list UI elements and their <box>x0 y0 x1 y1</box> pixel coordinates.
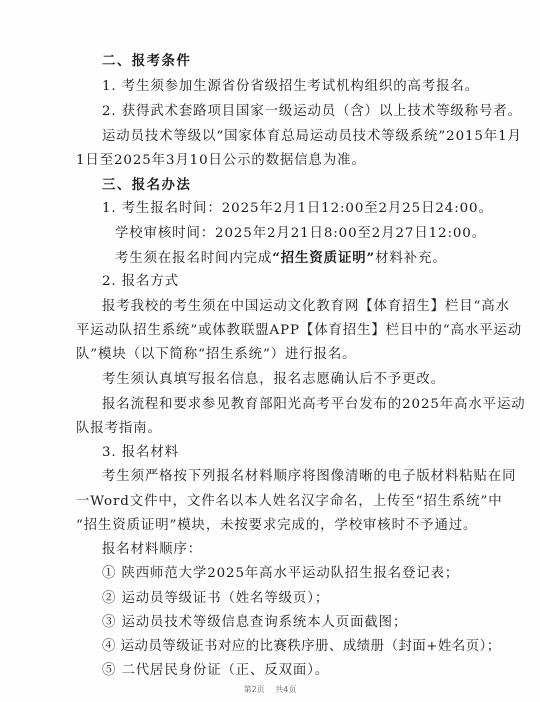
paragraph-line: 平运动队招生系统”或体教联盟APP【体育招生】栏目中的“高水平运动 <box>76 322 468 340</box>
paragraph-line: 队报考指南。 <box>76 420 468 438</box>
qualification-note: 考生须在报名时间内完成“招生资质证明”材料补充。 <box>115 249 447 268</box>
material-item-4: ④ 运动员等级证书对应的比赛秩序册、成绩册（封面+姓名页）； <box>102 638 468 656</box>
paragraph-line: 报名流程和要求参见教育部阳光高考平台发布的2025年高水平运动 <box>102 396 468 414</box>
paragraph-line: 报考我校的考生须在中国运动文化教育网【体育招生】栏目“高水 <box>102 298 468 316</box>
subheading-materials: 3. 报名材料 <box>102 444 468 462</box>
section-heading-registration: 三、报名办法 <box>102 176 468 194</box>
paragraph-line: 队”模块（以下简称“招生系统”）进行报名。 <box>76 346 468 364</box>
material-item-3: ③ 运动员技术等级信息查询系统本人页面截图； <box>102 614 468 632</box>
material-item-5: ⑤ 二代居民身份证（正、反双面）。 <box>102 662 468 680</box>
registration-time: 1. 考生报名时间：2025年2月1日12:00至2月25日24:00。 <box>102 200 468 218</box>
paragraph-line: 运动员技术等级以“国家体育总局运动员技术等级系统”2015年1月 <box>102 128 468 146</box>
qualification-proof-emphasis: “招生资质证明” <box>272 250 375 266</box>
paragraph-line: 1日至2025年3月10日公示的数据信息为准。 <box>76 152 468 170</box>
section-heading-requirements: 二、报考条件 <box>102 52 468 70</box>
material-item-2: ② 运动员等级证书（姓名等级页）； <box>102 590 468 608</box>
material-item-1: ① 陕西师范大学2025年高水平运动队招生报名登记表； <box>102 565 468 583</box>
subheading-method: 2. 报名方式 <box>102 273 468 291</box>
paragraph-line: 考生须严格按下列报名材料顺序将图像清晰的电子版材料粘贴在同 <box>102 468 468 486</box>
paragraph-line: “招生资质证明”模块，未按要求完成的，学校审核时不予通过。 <box>76 517 468 535</box>
paragraph-line: 一Word文件中，文件名以本人姓名汉字命名，上传至“招生系统”中 <box>76 493 468 511</box>
page-number: 第2页 <box>244 685 265 694</box>
requirement-1: 1. 考生须参加生源省份省级招生考试机构组织的高考报名。 <box>102 78 468 96</box>
page-total: 共4页 <box>275 685 296 694</box>
materials-order-label: 报名材料顺序： <box>102 541 468 559</box>
document-page: 二、报考条件 1. 考生须参加生源省份省级招生考试机构组织的高考报名。 2. 获… <box>0 0 540 702</box>
page-footer: 第2页 共4页 <box>0 684 540 695</box>
requirement-2: 2. 获得武术套路项目国家一级运动员（含）以上技术等级称号者。 <box>102 103 468 121</box>
paragraph-line: 考生须认真填写报名信息，报名志愿确认后不予更改。 <box>102 371 468 389</box>
note-text: 考生须在报名时间内完成 <box>115 251 272 266</box>
note-text-end: 材料补充。 <box>375 251 446 266</box>
review-time: 学校审核时间：2025年2月21日8:00至2月27日12:00。 <box>115 225 507 243</box>
